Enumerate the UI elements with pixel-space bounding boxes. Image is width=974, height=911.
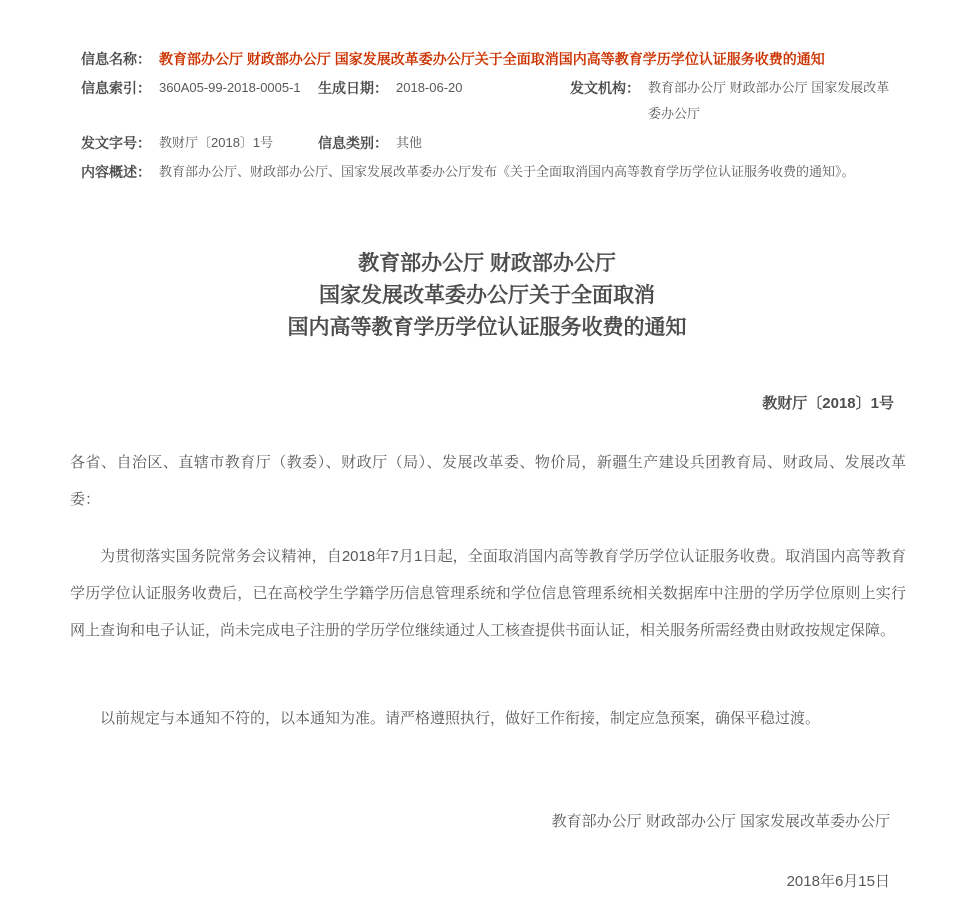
info-index-label: 信息索引： — [81, 75, 159, 101]
gen-date-label: 生成日期： — [318, 75, 396, 101]
meta-group-agency: 发文机构： 教育部办公厅 财政部办公厅 国家发展改革委办公厅 — [570, 75, 959, 127]
info-name-label: 信息名称： — [81, 46, 159, 72]
summary-value: 教育部办公厅、财政部办公厅、国家发展改革委办公厅发布《关于全面取消国内高等教育学… — [159, 159, 959, 185]
meta-row-name: 信息名称： 教育部办公厅 财政部办公厅 国家发展改革委办公厅关于全面取消国内高等… — [81, 46, 959, 72]
docnum-value: 教财厅〔2018〕1号 — [159, 130, 273, 156]
meta-row-summary: 内容概述： 教育部办公厅、财政部办公厅、国家发展改革委办公厅发布《关于全面取消国… — [81, 159, 959, 185]
meta-row-docnum-category: 发文字号： 教财厅〔2018〕1号 信息类别： 其他 — [81, 130, 959, 156]
agency-value: 教育部办公厅 财政部办公厅 国家发展改革委办公厅 — [648, 75, 898, 127]
docnum-label: 发文字号： — [81, 130, 159, 156]
document-number: 教财厅〔2018〕1号 — [762, 392, 894, 413]
info-index-value: 360A05-99-2018-0005-1 — [159, 75, 301, 101]
meta-group-docnum: 发文字号： 教财厅〔2018〕1号 — [81, 130, 318, 156]
meta-row-index-date-agency: 信息索引： 360A05-99-2018-0005-1 生成日期： 2018-0… — [81, 75, 959, 127]
meta-group-category: 信息类别： 其他 — [318, 130, 570, 156]
summary-label: 内容概述： — [81, 159, 159, 185]
agency-label: 发文机构： — [570, 75, 648, 101]
document-title-line-3: 国内高等教育学历学位认证服务收费的通知 — [0, 312, 974, 344]
body-paragraph-1: 为贯彻落实国务院常务会议精神，自2018年7月1日起，全面取消国内高等教育学历学… — [70, 538, 906, 649]
info-name-value: 教育部办公厅 财政部办公厅 国家发展改革委办公厅关于全面取消国内高等教育学历学位… — [159, 46, 825, 72]
document-meta: 信息名称： 教育部办公厅 财政部办公厅 国家发展改革委办公厅关于全面取消国内高等… — [81, 46, 959, 188]
document-date: 2018年6月15日 — [787, 870, 890, 891]
category-label: 信息类别： — [318, 130, 396, 156]
meta-group-index: 信息索引： 360A05-99-2018-0005-1 — [81, 75, 318, 101]
document-title-line-1: 教育部办公厅 财政部办公厅 — [0, 248, 974, 280]
meta-group-gen-date: 生成日期： 2018-06-20 — [318, 75, 570, 101]
gen-date-value: 2018-06-20 — [396, 75, 463, 101]
salutation-paragraph: 各省、自治区、直辖市教育厅（教委）、财政厅（局）、发展改革委、物价局，新疆生产建… — [70, 444, 906, 518]
signature-line: 教育部办公厅 财政部办公厅 国家发展改革委办公厅 — [552, 810, 890, 831]
body-paragraph-2: 以前规定与本通知不符的，以本通知为准。请严格遵照执行，做好工作衔接，制定应急预案… — [70, 700, 906, 737]
category-value: 其他 — [396, 130, 422, 156]
document-page: 信息名称： 教育部办公厅 财政部办公厅 国家发展改革委办公厅关于全面取消国内高等… — [0, 0, 974, 911]
document-title-line-2: 国家发展改革委办公厅关于全面取消 — [0, 280, 974, 312]
document-title: 教育部办公厅 财政部办公厅 国家发展改革委办公厅关于全面取消 国内高等教育学历学… — [0, 248, 974, 344]
